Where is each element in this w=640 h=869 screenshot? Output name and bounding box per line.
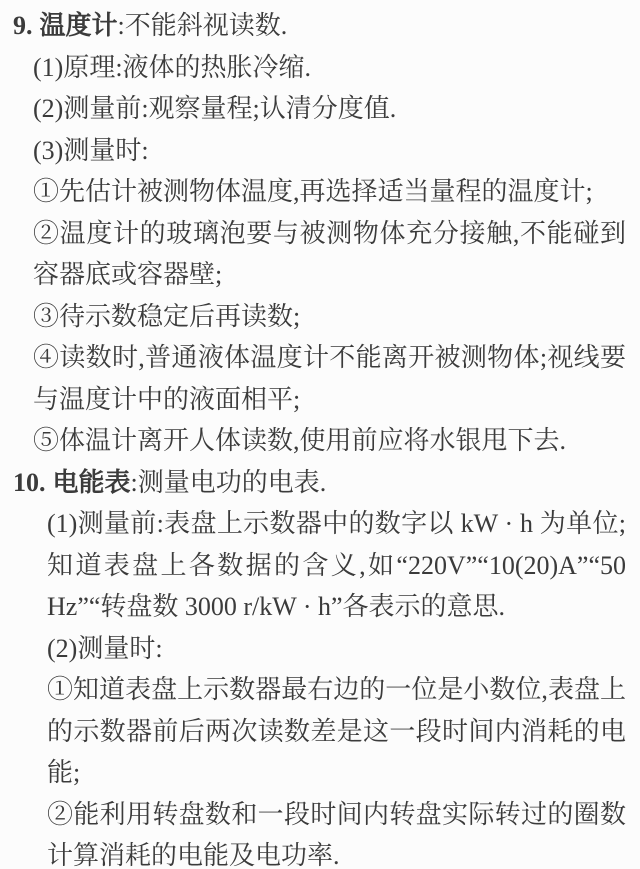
item-number: 10. xyxy=(13,468,46,497)
item-paragraph: ②能利用转盘数和一段时间内转盘实际转过的圈数计算消耗的电能及电功率. xyxy=(47,794,626,869)
item-number: 9. xyxy=(13,11,33,40)
list-item-9: 9.温度计:不能斜视读数. (1)原理:液体的热胀冷缩. (2)测量前:观察量程… xyxy=(0,5,626,462)
item-title: 温度计 xyxy=(40,11,118,40)
item-title: 电能表 xyxy=(53,468,131,497)
item-paragraph: (3)测量时: xyxy=(33,130,626,172)
item-intro-text: :测量电功的电表. xyxy=(131,468,327,497)
study-notes-page: 9.温度计:不能斜视读数. (1)原理:液体的热胀冷缩. (2)测量前:观察量程… xyxy=(0,0,640,869)
item-paragraph: ①先估计被测物体温度,再选择适当量程的温度计; xyxy=(33,171,626,213)
item-intro-text: :不能斜视读数. xyxy=(118,11,288,40)
item-heading: 9.温度计:不能斜视读数. xyxy=(0,5,626,47)
item-paragraph: ③待示数稳定后再读数; xyxy=(33,296,626,338)
item-paragraph: (2)测量时: xyxy=(47,628,626,670)
item-paragraph: ①知道表盘上示数器最右边的一位是小数位,表盘上的示数器前后两次读数差是这一段时间… xyxy=(47,669,626,794)
item-body: (1)原理:液体的热胀冷缩. (2)测量前:观察量程;认清分度值. (3)测量时… xyxy=(0,47,626,462)
item-paragraph: ⑤体温计离开人体读数,使用前应将水银甩下去. xyxy=(33,420,626,462)
item-paragraph: (1)原理:液体的热胀冷缩. xyxy=(33,47,626,89)
item-paragraph: (2)测量前:观察量程;认清分度值. xyxy=(33,88,626,130)
item-body: (1)测量前:表盘上示数器中的数字以 kW · h 为单位;知道表盘上各数据的含… xyxy=(0,503,626,869)
item-paragraph: ④读数时,普通液体温度计不能离开被测物体;视线要与温度计中的液面相平; xyxy=(33,337,626,420)
item-paragraph: (1)测量前:表盘上示数器中的数字以 kW · h 为单位;知道表盘上各数据的含… xyxy=(47,503,626,628)
list-item-10: 10.电能表:测量电功的电表. (1)测量前:表盘上示数器中的数字以 kW · … xyxy=(0,462,626,869)
item-paragraph: ②温度计的玻璃泡要与被测物体充分接触,不能碰到容器底或容器壁; xyxy=(33,213,626,296)
item-heading: 10.电能表:测量电功的电表. xyxy=(0,462,626,504)
